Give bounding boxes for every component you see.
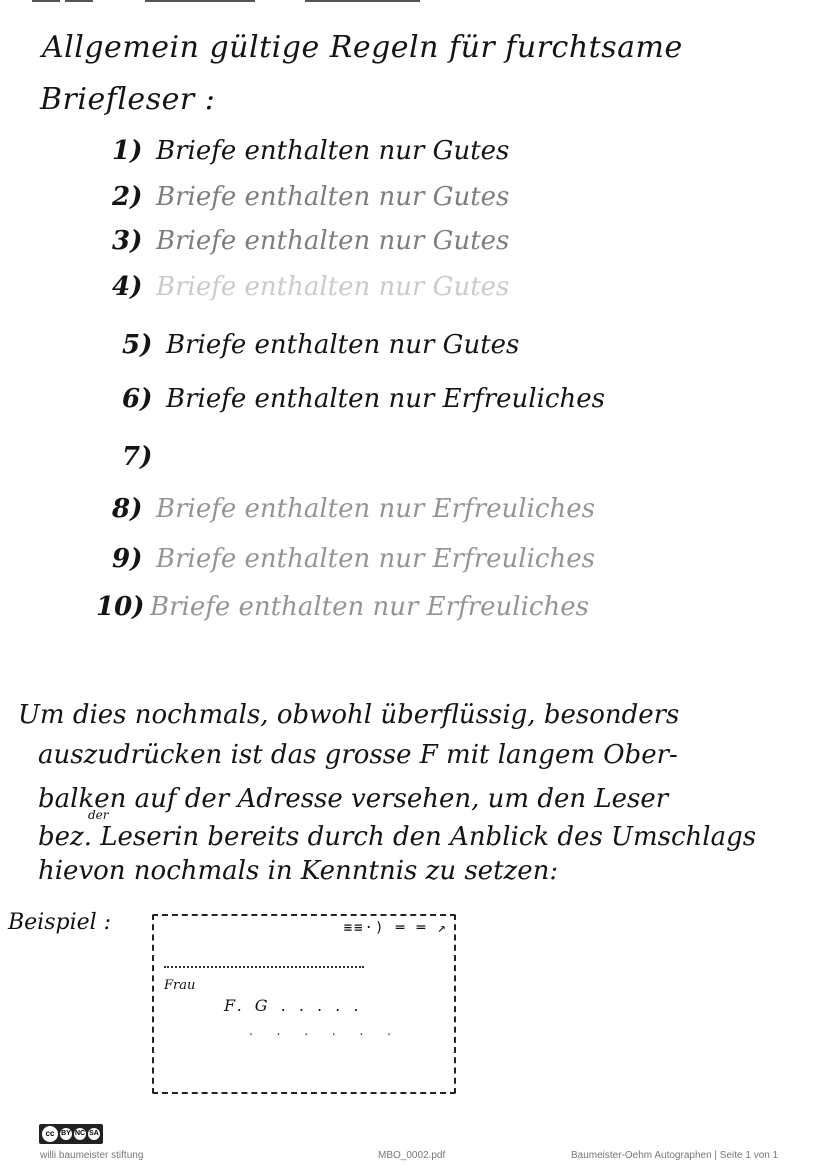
top-rule-3	[145, 0, 255, 2]
example-label: Beispiel :	[8, 910, 111, 935]
rule-text: Briefe enthalten nur Gutes	[156, 136, 509, 166]
rule-number: 6)	[122, 384, 162, 414]
rule-number: 5)	[122, 330, 162, 360]
paragraph-line: balken auf der Adresse versehen, um den …	[38, 784, 668, 814]
rule-number: 8)	[112, 494, 152, 524]
rule-item: 1)Briefe enthalten nur Gutes	[112, 136, 509, 166]
paragraph-line: Um dies nochmals, obwohl überflüssig, be…	[18, 700, 679, 730]
rule-item: 10)Briefe enthalten nur Erfreuliches	[96, 592, 589, 622]
rule-item: 2)Briefe enthalten nur Gutes	[112, 182, 509, 212]
cc-logo-icon: cc	[42, 1126, 58, 1142]
rule-number: 10)	[96, 592, 146, 622]
cc-nc-icon: NC	[74, 1128, 86, 1140]
rule-text: Briefe enthalten nur Erfreuliches	[156, 494, 595, 524]
rule-text: Briefe enthalten nur Erfreuliches	[156, 544, 595, 574]
rule-number: 7)	[122, 442, 162, 472]
top-rule-4	[305, 0, 420, 2]
footer-organization: willi baumeister stiftung	[40, 1150, 143, 1161]
rule-number: 1)	[112, 136, 152, 166]
footer-filename: MBO_0002.pdf	[378, 1150, 445, 1161]
top-rule-2	[65, 0, 93, 2]
paragraph-superscript: der	[88, 808, 109, 822]
rule-item: 6)Briefe enthalten nur Erfreuliches	[122, 384, 605, 414]
cc-by-icon: BY	[60, 1128, 72, 1140]
rule-item: 5)Briefe enthalten nur Gutes	[122, 330, 519, 360]
rule-number: 9)	[112, 544, 152, 574]
rule-item: 8)Briefe enthalten nur Erfreuliches	[112, 494, 595, 524]
document-title-line-1: Allgemein gültige Regeln für furchtsame	[42, 30, 683, 65]
address-overline	[164, 966, 364, 968]
cc-by-nc-sa-icon: cc BY NC SA	[39, 1124, 103, 1144]
rule-text: Briefe enthalten nur Erfreuliches	[150, 592, 589, 622]
rule-number: 3)	[112, 226, 152, 256]
envelope-sketch: ≡≡·) ═ ═ ↗ Frau F. G . . . . . . . . . .…	[152, 914, 456, 1094]
rule-text: Briefe enthalten nur Gutes	[156, 182, 509, 212]
top-rule-1	[32, 0, 60, 2]
cc-sa-icon: SA	[88, 1128, 100, 1140]
envelope-name: F. G . . . . .	[224, 996, 362, 1015]
paragraph-line: bez. Leserin bereits durch den Anblick d…	[38, 822, 756, 852]
document-title-line-2: Briefleser :	[40, 82, 215, 117]
rule-text: Briefe enthalten nur Gutes	[156, 272, 509, 302]
paragraph-line: auszudrücken ist das grosse F mit langem…	[38, 740, 678, 770]
rule-number: 4)	[112, 272, 152, 302]
stamp-icon: ≡≡·) ═ ═ ↗	[344, 920, 448, 936]
rule-item: 7)	[122, 442, 166, 472]
footer-collection-page: Baumeister-Oehm Autographen | Seite 1 vo…	[571, 1150, 778, 1161]
rule-number: 2)	[112, 182, 152, 212]
envelope-address: . . . . . .	[249, 1024, 401, 1038]
rule-item: 4)Briefe enthalten nur Gutes	[112, 272, 509, 302]
rule-text: Briefe enthalten nur Gutes	[156, 226, 509, 256]
rule-text: Briefe enthalten nur Gutes	[166, 330, 519, 360]
rule-item: 3)Briefe enthalten nur Gutes	[112, 226, 509, 256]
envelope-salutation: Frau	[164, 978, 195, 993]
rule-text: Briefe enthalten nur Erfreuliches	[166, 384, 605, 414]
rule-item: 9)Briefe enthalten nur Erfreuliches	[112, 544, 595, 574]
paragraph-line: hievon nochmals in Kenntnis zu setzen:	[38, 856, 558, 886]
